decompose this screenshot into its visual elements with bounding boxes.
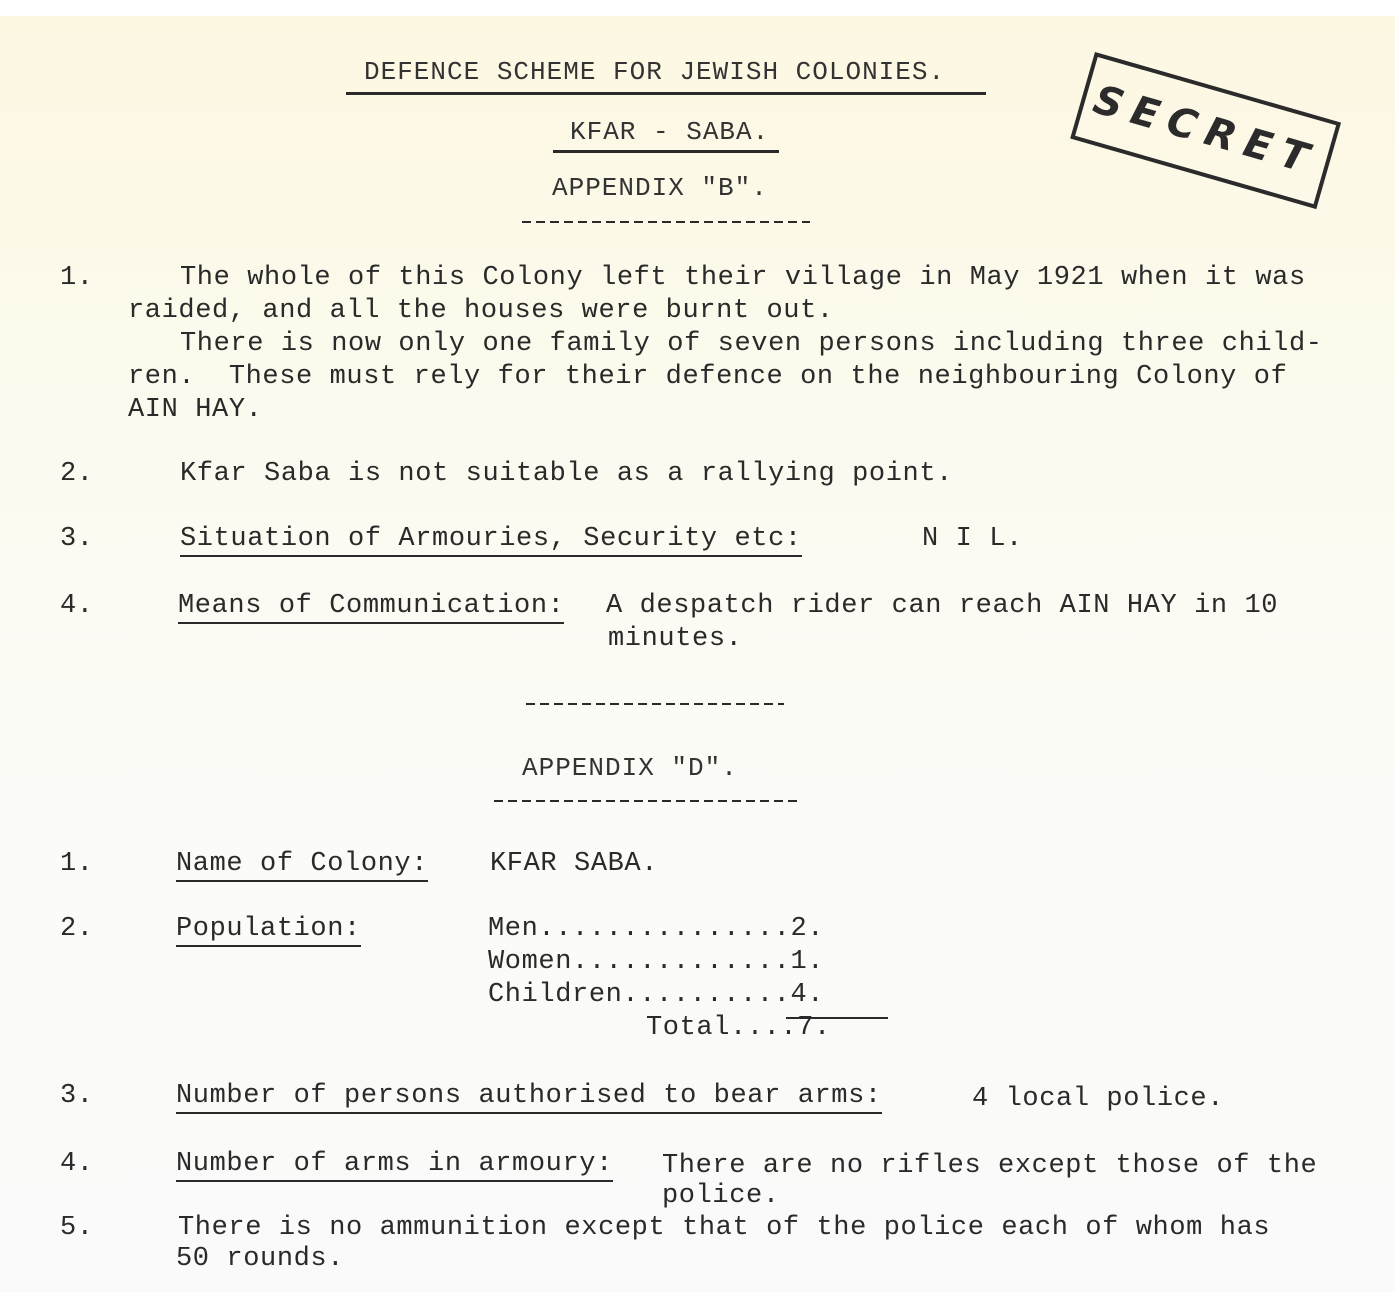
population-total: Total....7. [646,1012,831,1045]
row-label: Children [488,980,622,1010]
appendix-b-dashes [522,221,810,223]
item-d4-number: 4. [60,1148,94,1181]
item-b1-line-5: AIN HAY. [128,394,262,427]
row-value: 2. [790,914,824,944]
title-underline [346,92,986,95]
item-d3-number: 3. [60,1080,94,1113]
row-dots: ............. [572,947,790,977]
section-separator [526,703,784,705]
item-b4-number: 4. [60,590,94,623]
item-d4-value-line-1: There are no rifles except those of the [662,1150,1317,1183]
item-b3-label: Situation of Armouries, Security etc: [180,524,802,557]
item-d4-label: Number of arms in armoury: [176,1149,613,1182]
item-b1-line-2: raided, and all the houses were burnt ou… [128,295,834,328]
item-b4-label: Means of Communication: [178,591,564,624]
item-b4-value-line-1: A despatch rider can reach AIN HAY in 10 [606,590,1278,623]
item-d1-number: 1. [60,848,94,881]
item-d2-label: Population: [176,914,361,947]
item-b4-value-line-2: minutes. [608,623,742,656]
item-b1-line-3: There is now only one family of seven pe… [180,328,1323,361]
item-d5-line-2: 50 rounds. [176,1243,344,1276]
item-d1-value: KFAR SABA. [490,848,658,881]
appendix-d-dashes [494,800,800,802]
row-value: 4. [790,980,824,1010]
row-value: 1. [790,947,824,977]
item-d5-line-1: There is no ammunition except that of th… [178,1212,1270,1245]
item-b1-line-1: The whole of this Colony left their vill… [180,262,1306,295]
population-row-women: Women.............1. [488,946,824,979]
total-value: 7. [797,1013,831,1043]
item-d5-number: 5. [60,1212,94,1245]
item-d2-number: 2. [60,913,94,946]
item-d1-label: Name of Colony: [176,849,428,882]
population-row-children: Children..........4. [488,979,824,1012]
item-d3-label: Number of persons authorised to bear arm… [176,1081,882,1114]
total-dots: .... [730,1013,797,1043]
item-b2-text: Kfar Saba is not suitable as a rallying … [180,458,953,491]
item-b1-number: 1. [60,262,94,295]
item-b3-number: 3. [60,523,94,556]
row-dots: ............... [538,914,790,944]
document-title: DEFENCE SCHEME FOR JEWISH COLONIES. [364,56,945,89]
item-b3-value: N I L. [922,523,1023,556]
colony-underline [553,150,779,153]
population-row-men: Men...............2. [488,913,824,946]
row-label: Men [488,914,538,944]
item-b2-number: 2. [60,458,94,491]
total-label: Total [646,1013,730,1043]
appendix-b-heading: APPENDIX "B". [552,172,768,205]
item-b1-line-4: ren. These must rely for their defence o… [128,361,1287,394]
row-dots: .......... [622,980,790,1010]
item-d3-value: 4 local police. [972,1083,1224,1116]
row-label: Women [488,947,572,977]
appendix-d-heading: APPENDIX "D". [522,752,738,785]
colony-heading: KFAR - SABA. [570,116,769,149]
item-d4-value-line-2: police. [662,1180,780,1213]
